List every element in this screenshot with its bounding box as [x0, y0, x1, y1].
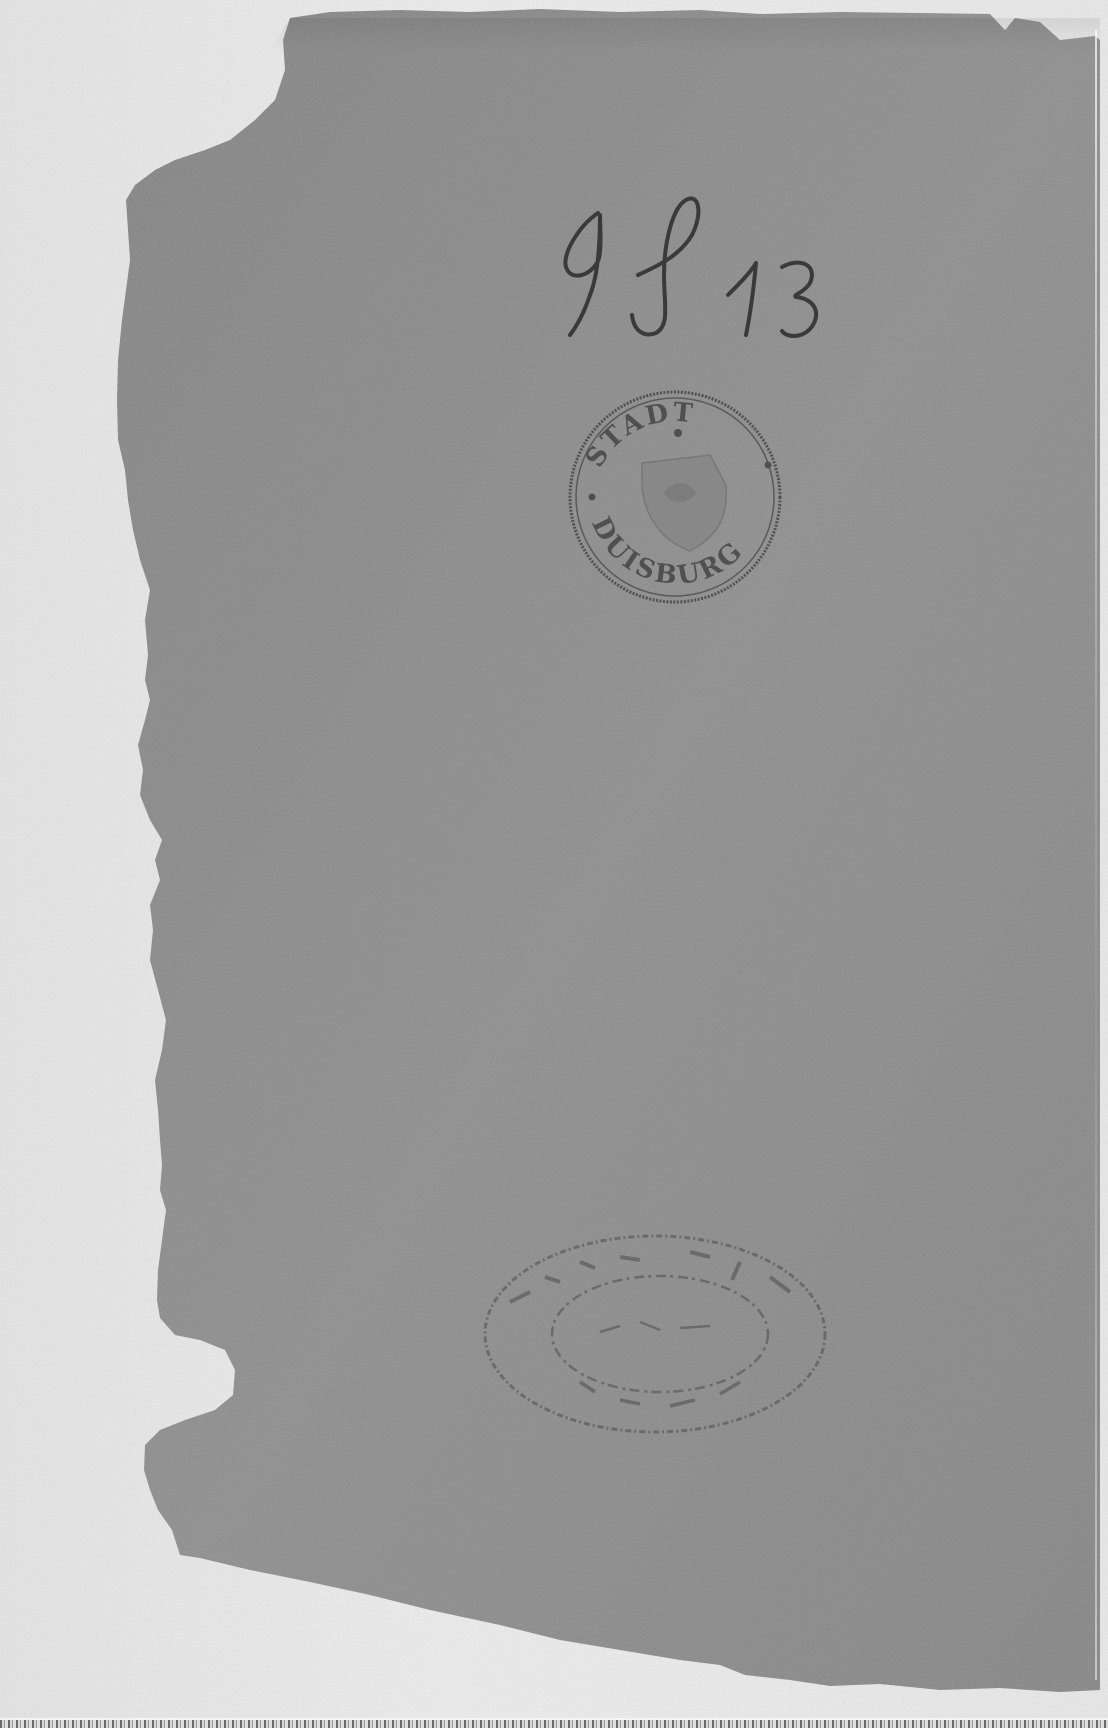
scanner-bed-edge [0, 1718, 1108, 1728]
scanned-document-page: 9 S 13 · STADT · DUISBURG · [0, 0, 1108, 1728]
stadt-duisburg-round-stamp: · STADT · DUISBURG · STADT DUISBURG [560, 385, 790, 610]
faded-oval-stamp: illegible / faded [470, 1222, 840, 1442]
shelfmark-handwriting [560, 165, 880, 355]
paper-sheet [0, 0, 1108, 1728]
round-stamp-graphic: STADT DUISBURG [560, 385, 790, 610]
scan-binding-edge [1095, 30, 1097, 1680]
handwritten-shelfmark: 9 S 13 [560, 165, 880, 355]
coat-of-arms-shield-icon [642, 455, 726, 551]
oval-stamp-graphic [470, 1222, 840, 1442]
